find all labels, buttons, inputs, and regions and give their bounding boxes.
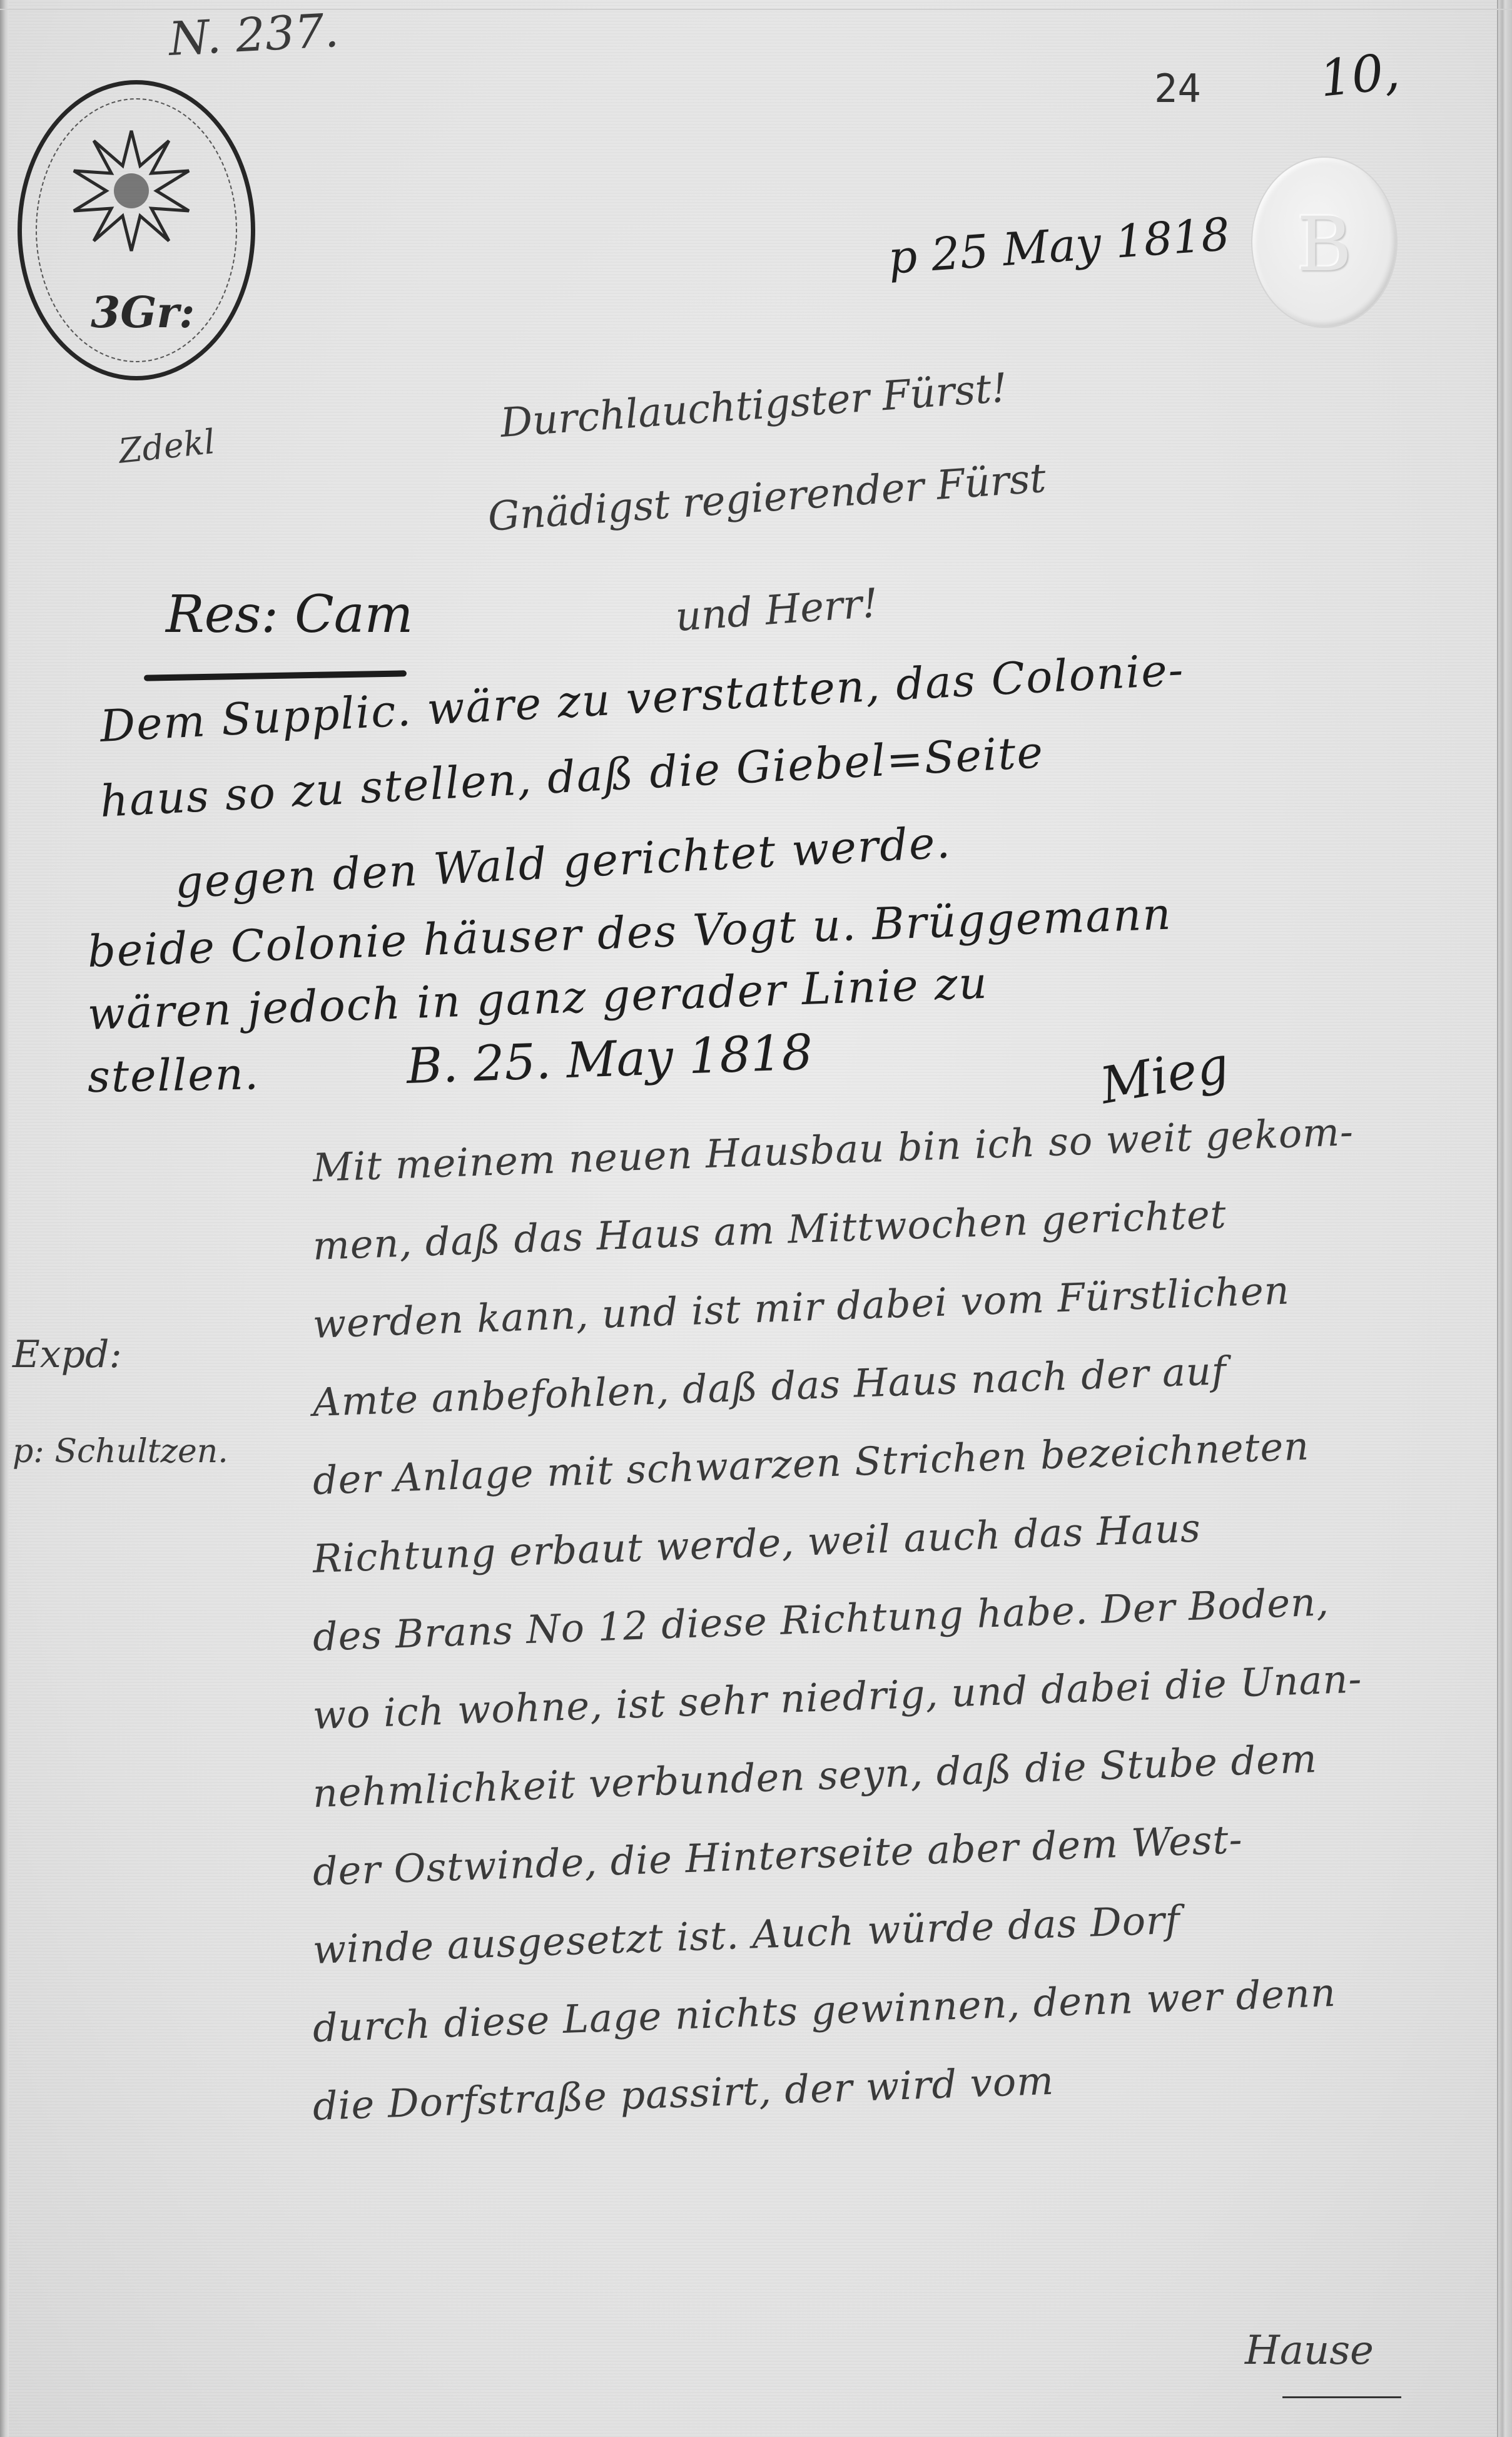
salutation-line-1: Durchlauchtigster Fürst! <box>499 365 1008 446</box>
folio-stamped-number: 24 <box>1154 66 1201 111</box>
resolution-signature: Mieg <box>1096 1035 1233 1115</box>
petition-line-10: der Ostwinde, die Hinterseite aber dem W… <box>312 1816 1244 1895</box>
margin-reference-note: Zdekl <box>117 422 217 471</box>
right-binding-edge <box>1497 0 1512 2437</box>
resolution-label-underline <box>144 670 407 681</box>
petition-line-3: werden kann, und ist mir dabei vom Fürst… <box>312 1267 1291 1346</box>
salutation-line-2: Gnädigst regierender Fürst <box>486 455 1047 541</box>
petition-line-8: wo ich wohne, ist sehr niedrig, und dabe… <box>312 1656 1363 1738</box>
expedition-note-line-2: p: Schultzen. <box>13 1433 228 1470</box>
catchword-underline <box>1282 2396 1401 2398</box>
expedition-note-line-1: Expd: <box>13 1333 122 1376</box>
petition-line-1: Mit meinem neuen Hausbau bin ich so weit… <box>312 1109 1354 1191</box>
petition-line-12: durch diese Lage nichts gewinnen, denn w… <box>312 1970 1337 2051</box>
petition-line-4: Amte anbefohlen, daß das Haus nach der a… <box>312 1348 1227 1425</box>
resolution-place-date: B. 25. May 1818 <box>405 1024 813 1095</box>
petition-line-9: nehmlichkeit verbunden seyn, daß die Stu… <box>312 1736 1318 1816</box>
salutation-line-3: und Herr! <box>674 580 880 640</box>
seal-letter: B <box>1252 201 1396 288</box>
embossed-seal: B <box>1251 156 1398 328</box>
petition-line-11: winde ausgesetzt ist. Auch würde das Dor… <box>312 1897 1181 1973</box>
stamp-value: 3Gr: <box>91 288 195 338</box>
manuscript-page: N. 237. 24 10, p 25 May 1818 3Gr: B Zdek… <box>0 0 1512 2437</box>
resolution-line-6: stellen. <box>87 1048 260 1102</box>
petition-line-5: der Anlage mit schwarzen Strichen bezeic… <box>312 1423 1310 1503</box>
star-icon <box>69 128 194 253</box>
petition-line-13: die Dorfstraße passirt, der wird vom <box>312 2058 1055 2129</box>
petition-line-6: Richtung erbaut werde, weil auch das Hau… <box>312 1505 1202 1582</box>
receipt-date: p 25 May 1818 <box>886 208 1231 284</box>
tax-stamp: 3Gr: <box>18 80 255 380</box>
resolution-label: Res: Cam <box>166 585 413 644</box>
left-page-edge <box>0 0 9 2437</box>
petition-line-7: des Brans No 12 diese Richtung habe. Der… <box>312 1579 1330 1660</box>
archive-number: N. 237. <box>168 4 340 66</box>
resolution-line-3: gegen den Wald gerichtet werde. <box>174 817 953 908</box>
petition-line-2: men, daß das Haus am Mittwochen gerichte… <box>312 1191 1227 1269</box>
catchword: Hause <box>1245 2328 1374 2374</box>
folio-handwritten-number: 10, <box>1317 42 1402 108</box>
